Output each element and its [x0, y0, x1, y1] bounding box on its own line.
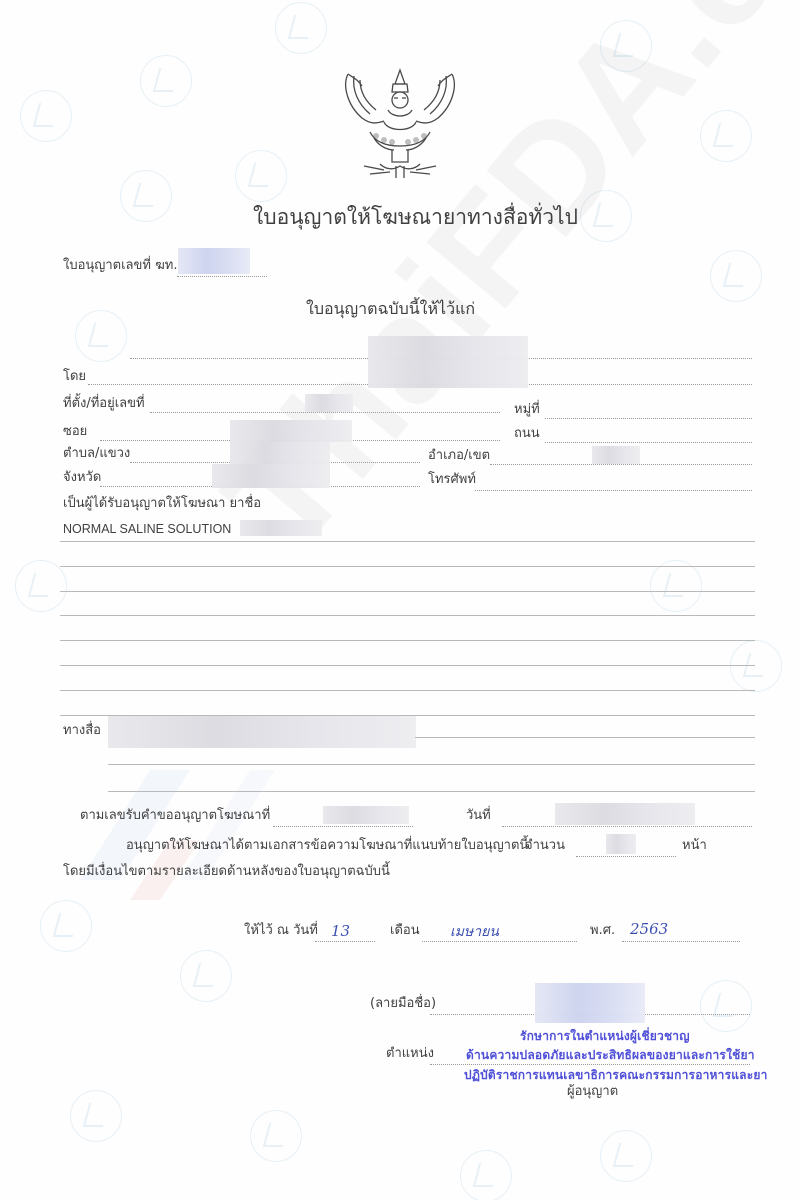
pages-field: [576, 856, 676, 857]
media-field-3: [108, 791, 755, 792]
drug-name-suffix-redacted: [240, 520, 322, 536]
issue-year-label: พ.ศ.: [590, 923, 615, 939]
request-number-field: [273, 826, 413, 827]
license-number-field: [177, 276, 267, 277]
issue-month-label: เดือน: [390, 923, 420, 939]
by-label: โดย: [63, 369, 86, 385]
media-field: [415, 737, 755, 738]
subdistrict-redacted: [230, 442, 330, 464]
phone-label: โทรศัพท์: [428, 472, 476, 488]
license-number-redacted: [178, 248, 250, 274]
district-field: [490, 464, 752, 465]
stamp-line-2: ด้านความปลอดภัยและประสิทธิผลของยาและการใ…: [466, 1048, 755, 1063]
by-value-redacted: [368, 336, 528, 388]
drug-name-value: NORMAL SALINE SOLUTION: [63, 521, 231, 537]
stamp-line-3: ปฏิบัติราชการแทนเลขาธิการคณะกรรมการอาหาร…: [464, 1068, 768, 1083]
position-label: ตำแหน่ง: [386, 1046, 434, 1062]
media-field-2: [108, 764, 755, 765]
subdistrict-label: ตำบล/แขวง: [63, 446, 130, 462]
issue-year-value: 2563: [630, 920, 668, 938]
condition-text: โดยมีเงื่อนไขตามรายละเอียดด้านหลังของใบอ…: [63, 864, 390, 880]
stamp-line-1: รักษาการในตำแหน่งผู้เชี่ยวชาญ: [520, 1029, 690, 1044]
request-number-label: ตามเลขรับคำขออนุญาตโฆษณาที่: [80, 808, 270, 824]
province-label: จังหวัด: [63, 470, 101, 486]
road-field: [545, 442, 752, 443]
request-date-redacted: [555, 803, 695, 825]
issue-date-label: ให้ไว้ ณ วันที่: [244, 923, 318, 939]
request-date-field: [502, 826, 752, 827]
issue-month-field: [422, 941, 577, 942]
issue-year-field: [622, 941, 740, 942]
document-title: ใบอนุญาตให้โฆษณายาทางสื่อทั่วไป: [253, 204, 578, 230]
district-label: อำเภอ/เขต: [428, 448, 490, 464]
issue-day-field: [315, 941, 375, 942]
pages-label: จำนวน: [525, 838, 565, 854]
district-redacted: [592, 446, 640, 464]
drug-name-label: เป็นผู้ได้รับอนุญาตให้โฆษณา ยาชื่อ: [63, 496, 261, 512]
signature-label: (ลายมือชื่อ): [370, 996, 436, 1012]
granted-to-heading: ใบอนุญาตฉบับนี้ให้ไว้แก่: [306, 299, 475, 319]
soi-redacted: [230, 420, 352, 442]
license-number-label: ใบอนุญาตเลขที่ ฆท.: [63, 258, 177, 274]
address-number-field: [150, 412, 500, 413]
licensor-role: ผู้อนุญาต: [567, 1084, 618, 1100]
address-number-redacted: [305, 394, 353, 412]
request-date-label: วันที่: [466, 808, 491, 824]
address-number-label: ที่ตั้ง/ที่อยู่เลขที่: [63, 396, 145, 412]
moo-label: หมู่ที่: [514, 402, 540, 418]
media-value-redacted: [108, 716, 416, 748]
pages-unit: หน้า: [682, 838, 707, 854]
position-field: [430, 1064, 750, 1065]
road-label: ถนน: [514, 426, 540, 442]
watermark-text: ThaiFDA.com: [190, 0, 800, 581]
province-redacted: [212, 464, 330, 488]
soi-label: ซอย: [63, 424, 87, 440]
request-number-redacted: [323, 806, 409, 824]
pages-redacted: [606, 834, 636, 854]
license-document: ThaiFDA.com: [0, 0, 800, 1200]
approval-text: อนุญาตให้โฆษณาได้ตามเอกสารข้อความโฆษณาที…: [126, 838, 528, 854]
phone-field: [475, 490, 752, 491]
thaifda-logo-watermark-icon: [70, 730, 280, 920]
moo-field: [545, 418, 752, 419]
signature-redacted: [535, 983, 645, 1023]
issue-day-value: 13: [331, 922, 350, 940]
garuda-emblem-icon: [340, 66, 460, 184]
media-label: ทางสื่อ: [63, 723, 101, 739]
issue-month-value: เมษายน: [450, 923, 499, 941]
